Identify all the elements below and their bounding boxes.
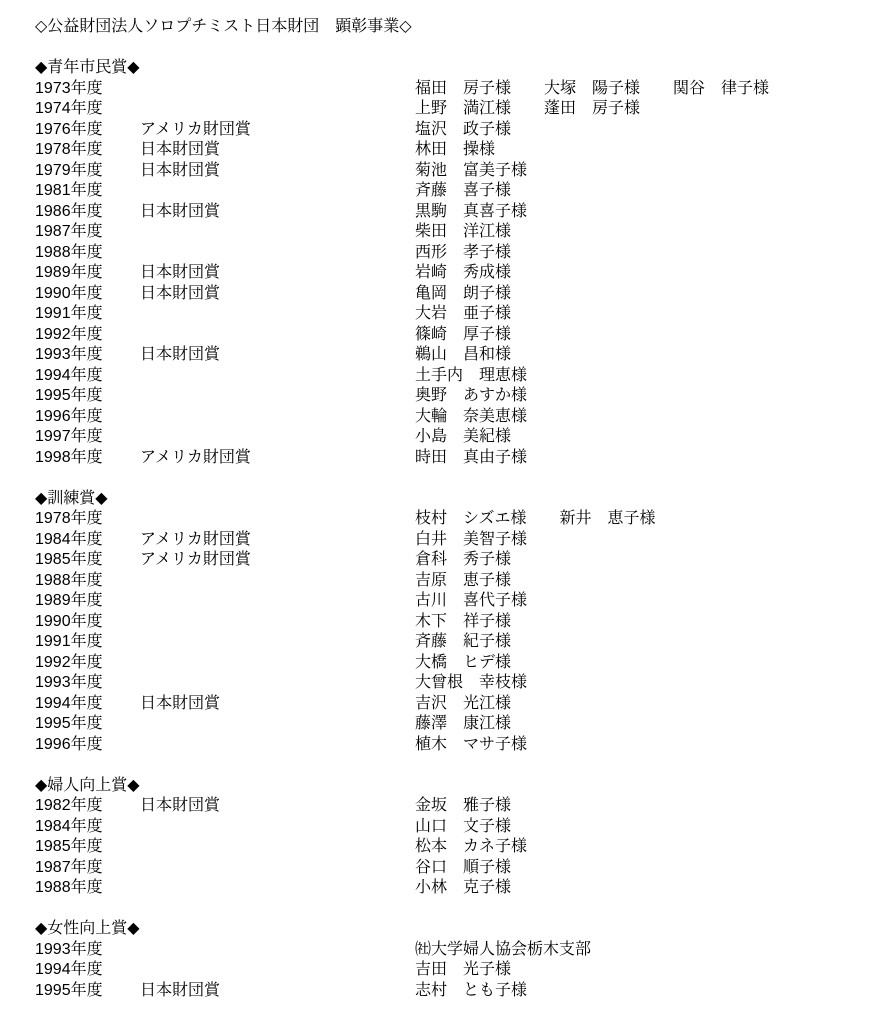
- recipient-name: 塩沢 政子様: [415, 120, 511, 141]
- recipient-name: 関谷 律子様: [673, 79, 769, 100]
- section-rows: 1993年度 ㈳大学婦人協会栃木支部 1994年度 吉田 光子様 1995年度 …: [35, 940, 880, 1002]
- recipient-name: 新井 恵子様: [560, 509, 656, 530]
- award-row: 1981年度 斉藤 喜子様: [35, 181, 880, 202]
- recipient-name: 松本 カネ子様: [415, 837, 527, 858]
- year-cell: 1979年度: [35, 161, 140, 182]
- year-cell: 1992年度: [35, 653, 140, 674]
- year-cell: 1994年度: [35, 366, 140, 387]
- year-cell: 1989年度: [35, 263, 140, 284]
- year-cell: 1998年度: [35, 448, 140, 469]
- names-cell: 大曾根 幸枝様: [415, 673, 527, 694]
- award-cell: 日本財団賞: [140, 981, 415, 1002]
- award-cell: アメリカ財団賞: [140, 120, 415, 141]
- names-cell: 上野 満江様蓬田 房子様: [415, 99, 640, 120]
- award-cell: アメリカ財団賞: [140, 530, 415, 551]
- recipient-name: 白井 美智子様: [415, 530, 527, 551]
- names-cell: 篠崎 厚子様: [415, 325, 511, 346]
- recipient-name: 時田 真由子様: [415, 448, 527, 469]
- award-section: ◆女性向上賞◆ 1993年度 ㈳大学婦人協会栃木支部 1994年度 吉田 光子様…: [35, 919, 880, 1001]
- award-row: 1986年度 日本財団賞 黒駒 真喜子様: [35, 202, 880, 223]
- names-cell: 白井 美智子様: [415, 530, 527, 551]
- award-row: 1984年度 アメリカ財団賞 白井 美智子様: [35, 530, 880, 551]
- year-cell: 1989年度: [35, 591, 140, 612]
- award-cell: 日本財団賞: [140, 284, 415, 305]
- recipient-name: ㈳大学婦人協会栃木支部: [415, 940, 591, 961]
- year-cell: 1995年度: [35, 981, 140, 1002]
- recipient-name: 志村 とも子様: [415, 981, 527, 1002]
- recipient-name: 吉原 恵子様: [415, 571, 511, 592]
- recipient-name: 大橋 ヒデ様: [415, 653, 511, 674]
- year-cell: 1982年度: [35, 796, 140, 817]
- award-row: 1988年度 小林 克子様: [35, 878, 880, 899]
- names-cell: 岩崎 秀成様: [415, 263, 511, 284]
- recipient-name: 岩崎 秀成様: [415, 263, 511, 284]
- recipient-name: 奥野 あすか様: [415, 386, 527, 407]
- recipient-name: 山口 文子様: [415, 817, 511, 838]
- year-cell: 1997年度: [35, 427, 140, 448]
- award-list: ◆青年市民賞◆ 1973年度 福田 房子様大塚 陽子様関谷 律子様 1974年度…: [35, 58, 880, 1001]
- recipient-name: 黒駒 真喜子様: [415, 202, 527, 223]
- year-cell: 1994年度: [35, 960, 140, 981]
- recipient-name: 大岩 亜子様: [415, 304, 511, 325]
- award-cell: 日本財団賞: [140, 345, 415, 366]
- names-cell: 鵜山 昌和様: [415, 345, 511, 366]
- recipient-name: 木下 祥子様: [415, 612, 511, 633]
- award-row: 1994年度 吉田 光子様: [35, 960, 880, 981]
- award-cell: 日本財団賞: [140, 796, 415, 817]
- recipient-name: 菊池 富美子様: [415, 161, 527, 182]
- award-row: 1994年度 土手内 理恵様: [35, 366, 880, 387]
- recipient-name: 吉田 光子様: [415, 960, 511, 981]
- year-cell: 1985年度: [35, 550, 140, 571]
- year-cell: 1978年度: [35, 140, 140, 161]
- year-cell: 1984年度: [35, 530, 140, 551]
- recipient-name: 金坂 雅子様: [415, 796, 511, 817]
- names-cell: 枝村 シズエ様新井 恵子様: [415, 509, 656, 530]
- award-row: 1985年度 松本 カネ子様: [35, 837, 880, 858]
- award-row: 1987年度 柴田 洋江様: [35, 222, 880, 243]
- recipient-name: 枝村 シズエ様: [415, 509, 527, 530]
- year-cell: 1996年度: [35, 735, 140, 756]
- names-cell: 林田 操様: [415, 140, 495, 161]
- section-rows: 1973年度 福田 房子様大塚 陽子様関谷 律子様 1974年度 上野 満江様蓬…: [35, 79, 880, 469]
- page-title: ◇公益財団法人ソロプチミスト日本財団 顕彰事業◇: [35, 17, 880, 38]
- recipient-name: 亀岡 朗子様: [415, 284, 511, 305]
- award-cell: 日本財団賞: [140, 694, 415, 715]
- recipient-name: 斉藤 喜子様: [415, 181, 511, 202]
- section-heading: ◆訓練賞◆: [35, 489, 880, 510]
- award-row: 1994年度 日本財団賞 吉沢 光江様: [35, 694, 880, 715]
- award-row: 1985年度 アメリカ財団賞 倉科 秀子様: [35, 550, 880, 571]
- names-cell: 吉沢 光江様: [415, 694, 511, 715]
- names-cell: 植木 マサ子様: [415, 735, 527, 756]
- names-cell: 斉藤 喜子様: [415, 181, 511, 202]
- names-cell: 斉藤 紀子様: [415, 632, 511, 653]
- award-row: 1978年度 枝村 シズエ様新井 恵子様: [35, 509, 880, 530]
- recipient-name: 土手内 理恵様: [415, 366, 527, 387]
- award-row: 1997年度 小島 美紀様: [35, 427, 880, 448]
- section-rows: 1978年度 枝村 シズエ様新井 恵子様 1984年度 アメリカ財団賞 白井 美…: [35, 509, 880, 755]
- recipient-name: 大塚 陽子様: [544, 79, 640, 100]
- year-cell: 1991年度: [35, 632, 140, 653]
- award-row: 1991年度 大岩 亜子様: [35, 304, 880, 325]
- names-cell: 山口 文子様: [415, 817, 511, 838]
- names-cell: 倉科 秀子様: [415, 550, 511, 571]
- award-cell: アメリカ財団賞: [140, 448, 415, 469]
- award-row: 1989年度 日本財団賞 岩崎 秀成様: [35, 263, 880, 284]
- award-row: 1987年度 谷口 順子様: [35, 858, 880, 879]
- section-heading: ◆女性向上賞◆: [35, 919, 880, 940]
- recipient-name: 大輪 奈美恵様: [415, 407, 527, 428]
- award-row: 1974年度 上野 満江様蓬田 房子様: [35, 99, 880, 120]
- recipient-name: 大曾根 幸枝様: [415, 673, 527, 694]
- year-cell: 1988年度: [35, 878, 140, 899]
- award-row: 1989年度 古川 喜代子様: [35, 591, 880, 612]
- recipient-name: 小林 克子様: [415, 878, 511, 899]
- award-row: 1979年度 日本財団賞 菊池 富美子様: [35, 161, 880, 182]
- year-cell: 1987年度: [35, 858, 140, 879]
- names-cell: 福田 房子様大塚 陽子様関谷 律子様: [415, 79, 769, 100]
- names-cell: 柴田 洋江様: [415, 222, 511, 243]
- award-cell: アメリカ財団賞: [140, 550, 415, 571]
- year-cell: 1987年度: [35, 222, 140, 243]
- year-cell: 1991年度: [35, 304, 140, 325]
- year-cell: 1994年度: [35, 694, 140, 715]
- award-row: 1982年度 日本財団賞 金坂 雅子様: [35, 796, 880, 817]
- names-cell: 松本 カネ子様: [415, 837, 527, 858]
- award-row: 1990年度 木下 祥子様: [35, 612, 880, 633]
- year-cell: 1978年度: [35, 509, 140, 530]
- names-cell: 藤澤 康江様: [415, 714, 511, 735]
- year-cell: 1984年度: [35, 817, 140, 838]
- award-row: 1995年度 奥野 あすか様: [35, 386, 880, 407]
- names-cell: 小林 克子様: [415, 878, 511, 899]
- recipient-name: 上野 満江様: [415, 99, 511, 120]
- award-row: 1998年度 アメリカ財団賞 時田 真由子様: [35, 448, 880, 469]
- names-cell: ㈳大学婦人協会栃木支部: [415, 940, 591, 961]
- names-cell: 奥野 あすか様: [415, 386, 527, 407]
- award-row: 1993年度 大曾根 幸枝様: [35, 673, 880, 694]
- year-cell: 1990年度: [35, 612, 140, 633]
- award-row: 1990年度 日本財団賞 亀岡 朗子様: [35, 284, 880, 305]
- award-row: 1996年度 植木 マサ子様: [35, 735, 880, 756]
- recipient-name: 倉科 秀子様: [415, 550, 511, 571]
- award-cell: 日本財団賞: [140, 263, 415, 284]
- year-cell: 1990年度: [35, 284, 140, 305]
- year-cell: 1988年度: [35, 571, 140, 592]
- names-cell: 古川 喜代子様: [415, 591, 527, 612]
- names-cell: 吉原 恵子様: [415, 571, 511, 592]
- recipient-name: 柴田 洋江様: [415, 222, 511, 243]
- year-cell: 1988年度: [35, 243, 140, 264]
- award-row: 1988年度 西形 孝子様: [35, 243, 880, 264]
- section-heading: ◆婦人向上賞◆: [35, 776, 880, 797]
- recipient-name: 斉藤 紀子様: [415, 632, 511, 653]
- award-row: 1991年度 斉藤 紀子様: [35, 632, 880, 653]
- names-cell: 亀岡 朗子様: [415, 284, 511, 305]
- year-cell: 1976年度: [35, 120, 140, 141]
- award-row: 1988年度 吉原 恵子様: [35, 571, 880, 592]
- names-cell: 大橋 ヒデ様: [415, 653, 511, 674]
- recipient-name: 藤澤 康江様: [415, 714, 511, 735]
- names-cell: 志村 とも子様: [415, 981, 527, 1002]
- award-section: ◆訓練賞◆ 1978年度 枝村 シズエ様新井 恵子様 1984年度 アメリカ財団…: [35, 489, 880, 756]
- award-cell: 日本財団賞: [140, 140, 415, 161]
- names-cell: 塩沢 政子様: [415, 120, 511, 141]
- section-heading: ◆青年市民賞◆: [35, 58, 880, 79]
- recipient-name: 福田 房子様: [415, 79, 511, 100]
- year-cell: 1974年度: [35, 99, 140, 120]
- award-row: 1995年度 日本財団賞 志村 とも子様: [35, 981, 880, 1002]
- names-cell: 西形 孝子様: [415, 243, 511, 264]
- recipient-name: 篠崎 厚子様: [415, 325, 511, 346]
- names-cell: 菊池 富美子様: [415, 161, 527, 182]
- recipient-name: 植木 マサ子様: [415, 735, 527, 756]
- recipient-name: 吉沢 光江様: [415, 694, 511, 715]
- award-row: 1996年度 大輪 奈美恵様: [35, 407, 880, 428]
- year-cell: 1981年度: [35, 181, 140, 202]
- recipient-name: 林田 操様: [415, 140, 495, 161]
- award-row: 1973年度 福田 房子様大塚 陽子様関谷 律子様: [35, 79, 880, 100]
- names-cell: 谷口 順子様: [415, 858, 511, 879]
- names-cell: 土手内 理恵様: [415, 366, 527, 387]
- year-cell: 1985年度: [35, 837, 140, 858]
- award-row: 1978年度 日本財団賞 林田 操様: [35, 140, 880, 161]
- names-cell: 時田 真由子様: [415, 448, 527, 469]
- award-row: 1992年度 大橋 ヒデ様: [35, 653, 880, 674]
- document-page: ◇公益財団法人ソロプチミスト日本財団 顕彰事業◇ ◆青年市民賞◆ 1973年度 …: [0, 0, 890, 1001]
- award-row: 1995年度 藤澤 康江様: [35, 714, 880, 735]
- year-cell: 1993年度: [35, 673, 140, 694]
- award-row: 1993年度 日本財団賞 鵜山 昌和様: [35, 345, 880, 366]
- award-section: ◆婦人向上賞◆ 1982年度 日本財団賞 金坂 雅子様 1984年度 山口 文子…: [35, 776, 880, 899]
- year-cell: 1986年度: [35, 202, 140, 223]
- names-cell: 大輪 奈美恵様: [415, 407, 527, 428]
- recipient-name: 蓬田 房子様: [544, 99, 640, 120]
- recipient-name: 古川 喜代子様: [415, 591, 527, 612]
- names-cell: 小島 美紀様: [415, 427, 511, 448]
- recipient-name: 谷口 順子様: [415, 858, 511, 879]
- recipient-name: 鵜山 昌和様: [415, 345, 511, 366]
- award-row: 1993年度 ㈳大学婦人協会栃木支部: [35, 940, 880, 961]
- year-cell: 1995年度: [35, 386, 140, 407]
- names-cell: 大岩 亜子様: [415, 304, 511, 325]
- names-cell: 黒駒 真喜子様: [415, 202, 527, 223]
- year-cell: 1992年度: [35, 325, 140, 346]
- award-cell: 日本財団賞: [140, 202, 415, 223]
- award-row: 1984年度 山口 文子様: [35, 817, 880, 838]
- year-cell: 1993年度: [35, 940, 140, 961]
- award-cell: 日本財団賞: [140, 161, 415, 182]
- recipient-name: 小島 美紀様: [415, 427, 511, 448]
- year-cell: 1973年度: [35, 79, 140, 100]
- award-row: 1976年度 アメリカ財団賞 塩沢 政子様: [35, 120, 880, 141]
- year-cell: 1993年度: [35, 345, 140, 366]
- names-cell: 吉田 光子様: [415, 960, 511, 981]
- year-cell: 1995年度: [35, 714, 140, 735]
- section-rows: 1982年度 日本財団賞 金坂 雅子様 1984年度 山口 文子様 1985年度…: [35, 796, 880, 899]
- names-cell: 金坂 雅子様: [415, 796, 511, 817]
- award-section: ◆青年市民賞◆ 1973年度 福田 房子様大塚 陽子様関谷 律子様 1974年度…: [35, 58, 880, 468]
- year-cell: 1996年度: [35, 407, 140, 428]
- names-cell: 木下 祥子様: [415, 612, 511, 633]
- award-row: 1992年度 篠崎 厚子様: [35, 325, 880, 346]
- recipient-name: 西形 孝子様: [415, 243, 511, 264]
